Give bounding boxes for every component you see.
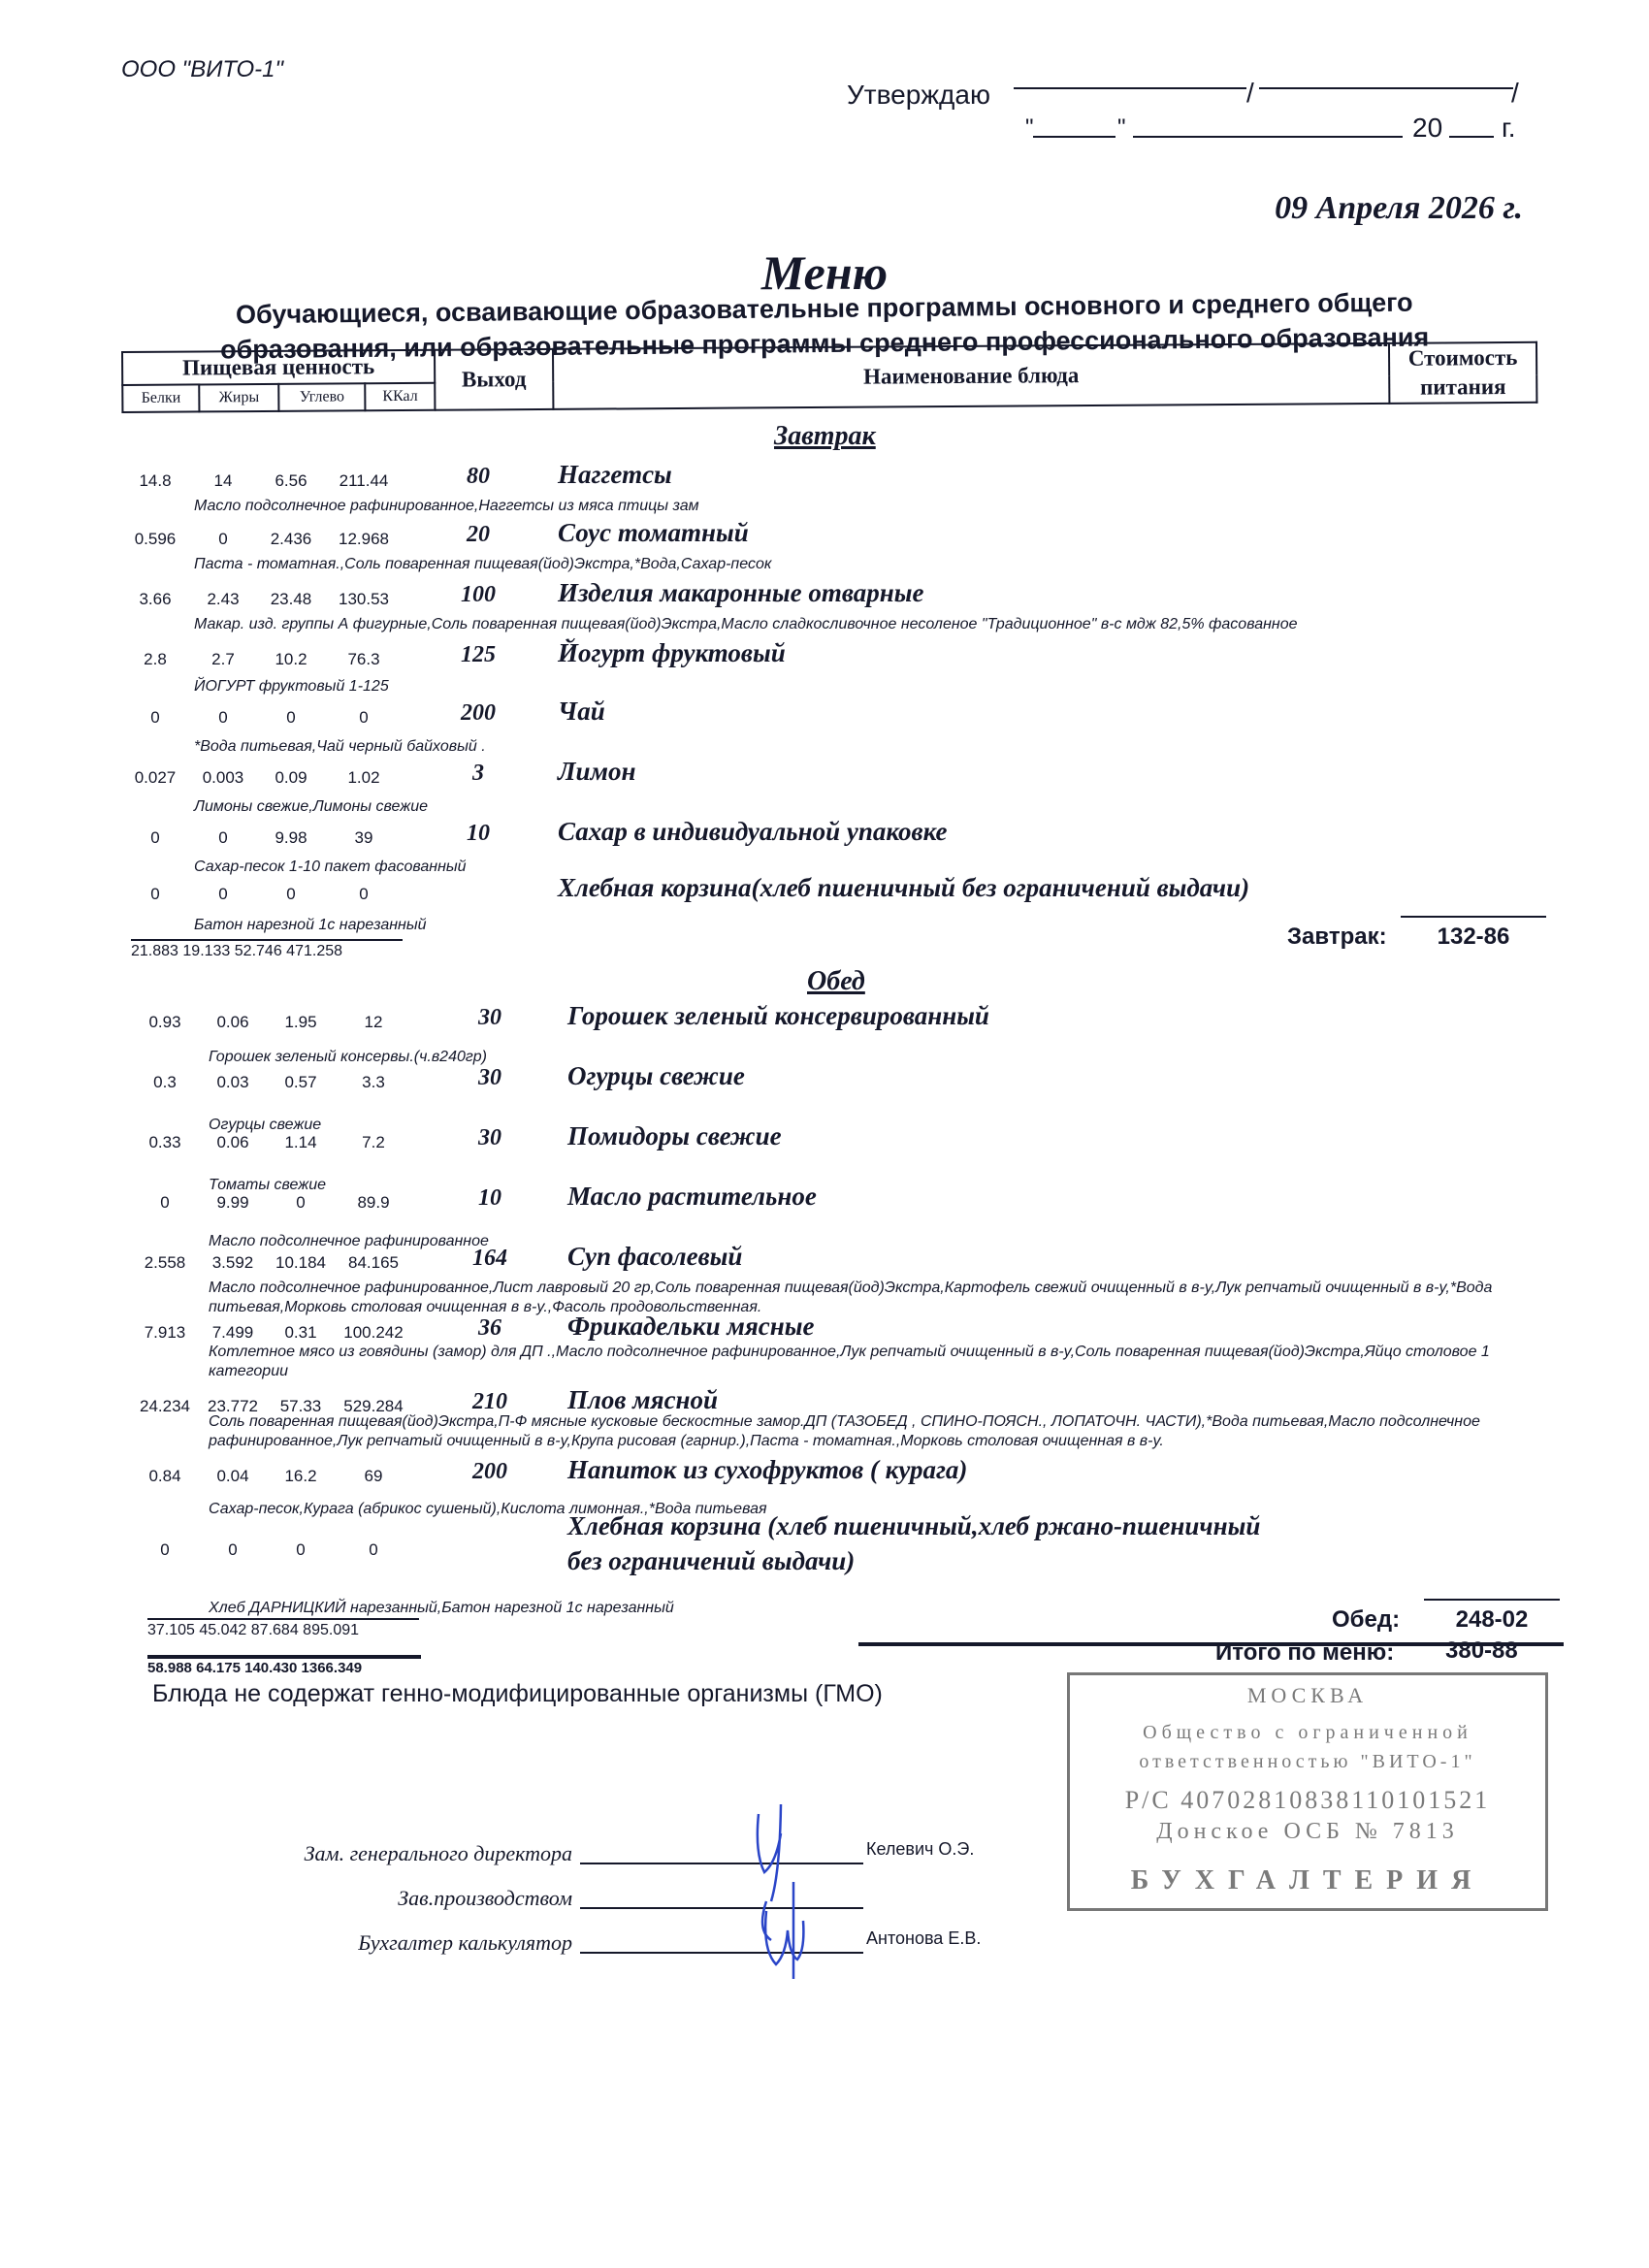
breakfast-item-name: Чай [558, 697, 605, 727]
lunch-item-protein: 0.84 [131, 1467, 199, 1486]
breakfast-item-protein: 0.027 [121, 768, 189, 788]
lunch-item-fat: 0.06 [199, 1133, 267, 1152]
breakfast-item-ingredients: Масло подсолнечное рафинированное,Наггет… [194, 497, 1484, 516]
carbs-header: Углево [278, 384, 366, 411]
breakfast-item-carbs: 0 [257, 885, 325, 904]
lunch-item-name: Огурцы свежие [567, 1061, 745, 1091]
breakfast-item-carbs: 9.98 [257, 828, 325, 848]
lunch-total-protein: 37.105 [147, 1622, 195, 1638]
stamp-dept: БУХГАЛТЕРИЯ [1070, 1865, 1545, 1896]
lunch-total-kcal: 895.091 [303, 1622, 359, 1638]
grand-total-protein: 58.988 [147, 1660, 192, 1676]
stamp-account: Р/С 40702810838110101521 [1070, 1786, 1545, 1815]
breakfast-item-kcal: 211.44 [330, 471, 398, 491]
breakfast-item-name: Йогурт фруктовый [558, 638, 786, 668]
breakfast-item-ingredients: Лимоны свежие,Лимоны свежие [194, 797, 1484, 817]
yield-header: Выход [435, 349, 553, 410]
breakfast-item-carbs: 23.48 [257, 590, 325, 609]
breakfast-item-kcal: 0 [330, 708, 398, 728]
breakfast-item-carbs: 2.436 [257, 530, 325, 549]
dish-name-header: Наименование блюда [553, 343, 1389, 409]
grand-total-carbs: 140.430 [244, 1660, 297, 1676]
breakfast-item-protein: 3.66 [121, 590, 189, 609]
menu-table-header: Пищевая ценность Выход Наименование блюд… [121, 341, 1537, 413]
lunch-item-carbs: 0 [267, 1193, 335, 1213]
cost-header-line2: питания [1390, 373, 1536, 403]
approval-name-line [1259, 87, 1513, 89]
breakfast-item-protein: 2.8 [121, 650, 189, 669]
breakfast-item-protein: 0 [121, 828, 189, 848]
breakfast-item-yield: 20 [435, 522, 522, 548]
lunch-item-protein: 0 [131, 1193, 199, 1213]
lunch-item-protein: 2.558 [131, 1253, 199, 1273]
lunch-item-name: Плов мясной [567, 1385, 718, 1415]
grand-totals: 58.988 64.175 140.430 1366.349 [147, 1655, 421, 1676]
lunch-item-kcal: 100.242 [339, 1323, 407, 1343]
lunch-item-yield: 10 [446, 1185, 533, 1212]
lunch-item-name: Хлебная корзина (хлеб пшеничный,хлеб ржа… [567, 1511, 1260, 1541]
breakfast-item-kcal: 1.02 [330, 768, 398, 788]
breakfast-item-name: Сахар в индивидуальной упаковке [558, 817, 947, 847]
breakfast-item-fat: 0 [189, 885, 257, 904]
lunch-item-ingredients: Масло подсолнечное рафинированное,Лист л… [209, 1279, 1499, 1317]
section-lunch-title: Обед [807, 966, 865, 997]
year-line [1449, 136, 1494, 138]
date-quote-close: " [1117, 114, 1126, 142]
breakfast-item-protein: 0 [121, 885, 189, 904]
breakfast-item-fat: 2.43 [189, 590, 257, 609]
date-month-line [1133, 136, 1403, 138]
company-name: ООО "ВИТО-1" [121, 56, 283, 83]
lunch-item-carbs: 0.31 [267, 1323, 335, 1343]
breakfast-item-fat: 0 [189, 530, 257, 549]
breakfast-item-yield: 125 [435, 642, 522, 668]
lunch-item-yield: 36 [446, 1315, 533, 1342]
breakfast-item-carbs: 0 [257, 708, 325, 728]
grand-total-fat: 64.175 [196, 1660, 241, 1676]
approval-slash: / [1246, 78, 1254, 109]
breakfast-item-kcal: 12.968 [330, 530, 398, 549]
lunch-item-carbs: 0 [267, 1540, 335, 1560]
breakfast-item-kcal: 39 [330, 828, 398, 848]
breakfast-item-fat: 2.7 [189, 650, 257, 669]
fat-header: Жиры [200, 384, 279, 411]
breakfast-item-fat: 0 [189, 828, 257, 848]
breakfast-item-carbs: 0.09 [257, 768, 325, 788]
lunch-item-name: Масло растительное [567, 1182, 817, 1212]
gmo-note: Блюда не содержат генно-модифицированные… [152, 1680, 883, 1708]
menu-date: 09 Апреля 2026 г. [1275, 190, 1523, 227]
lunch-item-ingredients: Масло подсолнечное рафинированное [209, 1232, 1499, 1251]
lunch-item-yield: 200 [446, 1459, 533, 1485]
signature-role: Зам. генерального директора [233, 1841, 572, 1866]
lunch-item-fat: 0.06 [199, 1013, 267, 1032]
stamp-line2: ответственностью "ВИТО-1" [1070, 1751, 1545, 1773]
breakfast-item-ingredients: Паста - томатная.,Соль поваренная пищева… [194, 555, 1484, 574]
breakfast-item-name: Наггетсы [558, 460, 672, 490]
signature-role: Зав.производством [233, 1886, 572, 1911]
breakfast-item-kcal: 76.3 [330, 650, 398, 669]
lunch-item-fat: 0.03 [199, 1073, 267, 1092]
breakfast-item-yield: 80 [435, 464, 522, 490]
lunch-item-ingredients: Хлеб ДАРНИЦКИЙ нарезанный,Батон нарезной… [209, 1599, 1499, 1618]
stamp-bank: Донское ОСБ № 7813 [1070, 1819, 1545, 1845]
lunch-item-name: Помидоры свежие [567, 1121, 782, 1151]
breakfast-total-carbs: 52.746 [235, 943, 282, 959]
breakfast-total-kcal: 471.258 [286, 943, 342, 959]
breakfast-item-protein: 0.596 [121, 530, 189, 549]
lunch-item-protein: 0.33 [131, 1133, 199, 1152]
lunch-item-yield: 30 [446, 1005, 533, 1031]
lunch-item-ingredients: Соль поваренная пищевая(йод)Экстра,П-Ф м… [209, 1412, 1499, 1451]
company-stamp: МОСКВА Общество с ограниченной ответстве… [1067, 1672, 1548, 1911]
lunch-item-fat: 7.499 [199, 1323, 267, 1343]
breakfast-item-protein: 0 [121, 708, 189, 728]
breakfast-item-name: Лимон [558, 757, 636, 787]
breakfast-item-ingredients: Макар. изд. группы А фигурные,Соль повар… [194, 615, 1484, 634]
breakfast-total-protein: 21.883 [131, 943, 178, 959]
breakfast-item-yield: 100 [435, 582, 522, 608]
breakfast-item-yield: 10 [435, 821, 522, 847]
breakfast-item-name: Изделия макаронные отварные [558, 578, 923, 608]
breakfast-item-carbs: 10.2 [257, 650, 325, 669]
breakfast-item-carbs: 6.56 [257, 471, 325, 491]
breakfast-cost-label: Завтрак: [1287, 923, 1387, 951]
breakfast-item-protein: 14.8 [121, 471, 189, 491]
lunch-item-kcal: 3.3 [339, 1073, 407, 1092]
lunch-item-carbs: 1.14 [267, 1133, 335, 1152]
nutrition-header: Пищевая ценность [122, 350, 435, 386]
year-suffix: г. [1502, 113, 1516, 144]
lunch-item-name: Фрикадельки мясные [567, 1312, 814, 1342]
lunch-item-fat: 9.99 [199, 1193, 267, 1213]
breakfast-item-yield: 200 [435, 700, 522, 727]
lunch-item-protein: 0 [131, 1540, 199, 1560]
lunch-item-name: Горошек зеленый консервированный [567, 1001, 989, 1031]
lunch-item-name: без ограничений выдачи) [567, 1546, 855, 1576]
signature-name: Антонова Е.В. [866, 1928, 981, 1949]
lunch-item-protein: 7.913 [131, 1323, 199, 1343]
lunch-item-yield: 210 [446, 1389, 533, 1415]
lunch-item-ingredients: Томаты свежие [209, 1176, 1499, 1195]
protein-header: Белки [122, 385, 200, 412]
lunch-item-protein: 0.93 [131, 1013, 199, 1032]
lunch-total-fat: 45.042 [199, 1622, 246, 1638]
cost-header-line1: Стоимость [1390, 343, 1536, 373]
lunch-item-fat: 0 [199, 1540, 267, 1560]
lunch-item-yield: 30 [446, 1125, 533, 1151]
lunch-item-protein: 24.234 [131, 1397, 199, 1416]
breakfast-cost: 132-86 [1401, 916, 1546, 951]
lunch-cost: 248-02 [1424, 1599, 1560, 1634]
lunch-item-yield: 164 [446, 1246, 533, 1272]
lunch-item-name: Напиток из сухофруктов ( курага) [567, 1455, 967, 1485]
lunch-item-name: Суп фасолевый [567, 1242, 742, 1272]
breakfast-item-ingredients: ЙОГУРТ фруктовый 1-125 [194, 677, 1484, 697]
signature-role: Бухгалтер калькулятор [233, 1930, 572, 1956]
lunch-item-ingredients: Котлетное мясо из говядины (замор) для Д… [209, 1343, 1499, 1381]
lunch-item-fat: 0.04 [199, 1467, 267, 1486]
stamp-line1: Общество с ограниченной [1070, 1722, 1545, 1744]
lunch-item-protein: 0.3 [131, 1073, 199, 1092]
lunch-item-ingredients: Огурцы свежие [209, 1116, 1499, 1135]
lunch-item-kcal: 12 [339, 1013, 407, 1032]
section-breakfast-title: Завтрак [774, 421, 876, 452]
approval-signature-line [1014, 87, 1246, 89]
breakfast-item-fat: 0.003 [189, 768, 257, 788]
handwritten-signature-icon [737, 1795, 824, 1979]
grand-total-label: Итого по меню: [1215, 1639, 1394, 1667]
cost-header: Стоимость питания [1389, 342, 1536, 404]
lunch-item-carbs: 1.95 [267, 1013, 335, 1032]
year-prefix: 20 [1412, 113, 1442, 144]
stamp-city: МОСКВА [1070, 1683, 1545, 1708]
date-day-line [1033, 136, 1115, 138]
lunch-total-carbs: 87.684 [251, 1622, 299, 1638]
lunch-cost-label: Обед: [1332, 1606, 1400, 1634]
signature-name: Келевич О.Э. [866, 1839, 974, 1860]
lunch-item-kcal: 69 [339, 1467, 407, 1486]
lunch-item-kcal: 84.165 [339, 1253, 407, 1273]
lunch-item-fat: 3.592 [199, 1253, 267, 1273]
kcal-header: ККал [366, 383, 436, 410]
breakfast-item-yield: 3 [435, 761, 522, 787]
lunch-item-kcal: 89.9 [339, 1193, 407, 1213]
lunch-item-carbs: 0.57 [267, 1073, 335, 1092]
lunch-item-kcal: 0 [339, 1540, 407, 1560]
breakfast-item-name: Хлебная корзина(хлеб пшеничный без огран… [558, 873, 1249, 903]
breakfast-item-kcal: 0 [330, 885, 398, 904]
grand-total-kcal: 1366.349 [302, 1660, 363, 1676]
breakfast-item-name: Соус томатный [558, 518, 749, 548]
breakfast-total-fat: 19.133 [182, 943, 230, 959]
grand-total-cost: 380-88 [1445, 1637, 1518, 1665]
approval-slash-end: / [1511, 78, 1519, 109]
lunch-item-carbs: 10.184 [267, 1253, 335, 1273]
breakfast-item-ingredients: *Вода питьевая,Чай черный байховый . [194, 737, 1484, 757]
lunch-item-carbs: 16.2 [267, 1467, 335, 1486]
lunch-totals: 37.105 45.042 87.684 895.091 [147, 1618, 419, 1639]
breakfast-item-fat: 14 [189, 471, 257, 491]
breakfast-totals: 21.883 19.133 52.746 471.258 [131, 939, 403, 960]
breakfast-item-fat: 0 [189, 708, 257, 728]
lunch-item-ingredients: Горошек зеленый консервы.(ч.в240гр) [209, 1048, 1499, 1067]
lunch-item-yield: 30 [446, 1065, 533, 1091]
approval-label: Утверждаю [847, 80, 990, 111]
lunch-item-kcal: 7.2 [339, 1133, 407, 1152]
breakfast-item-kcal: 130.53 [330, 590, 398, 609]
